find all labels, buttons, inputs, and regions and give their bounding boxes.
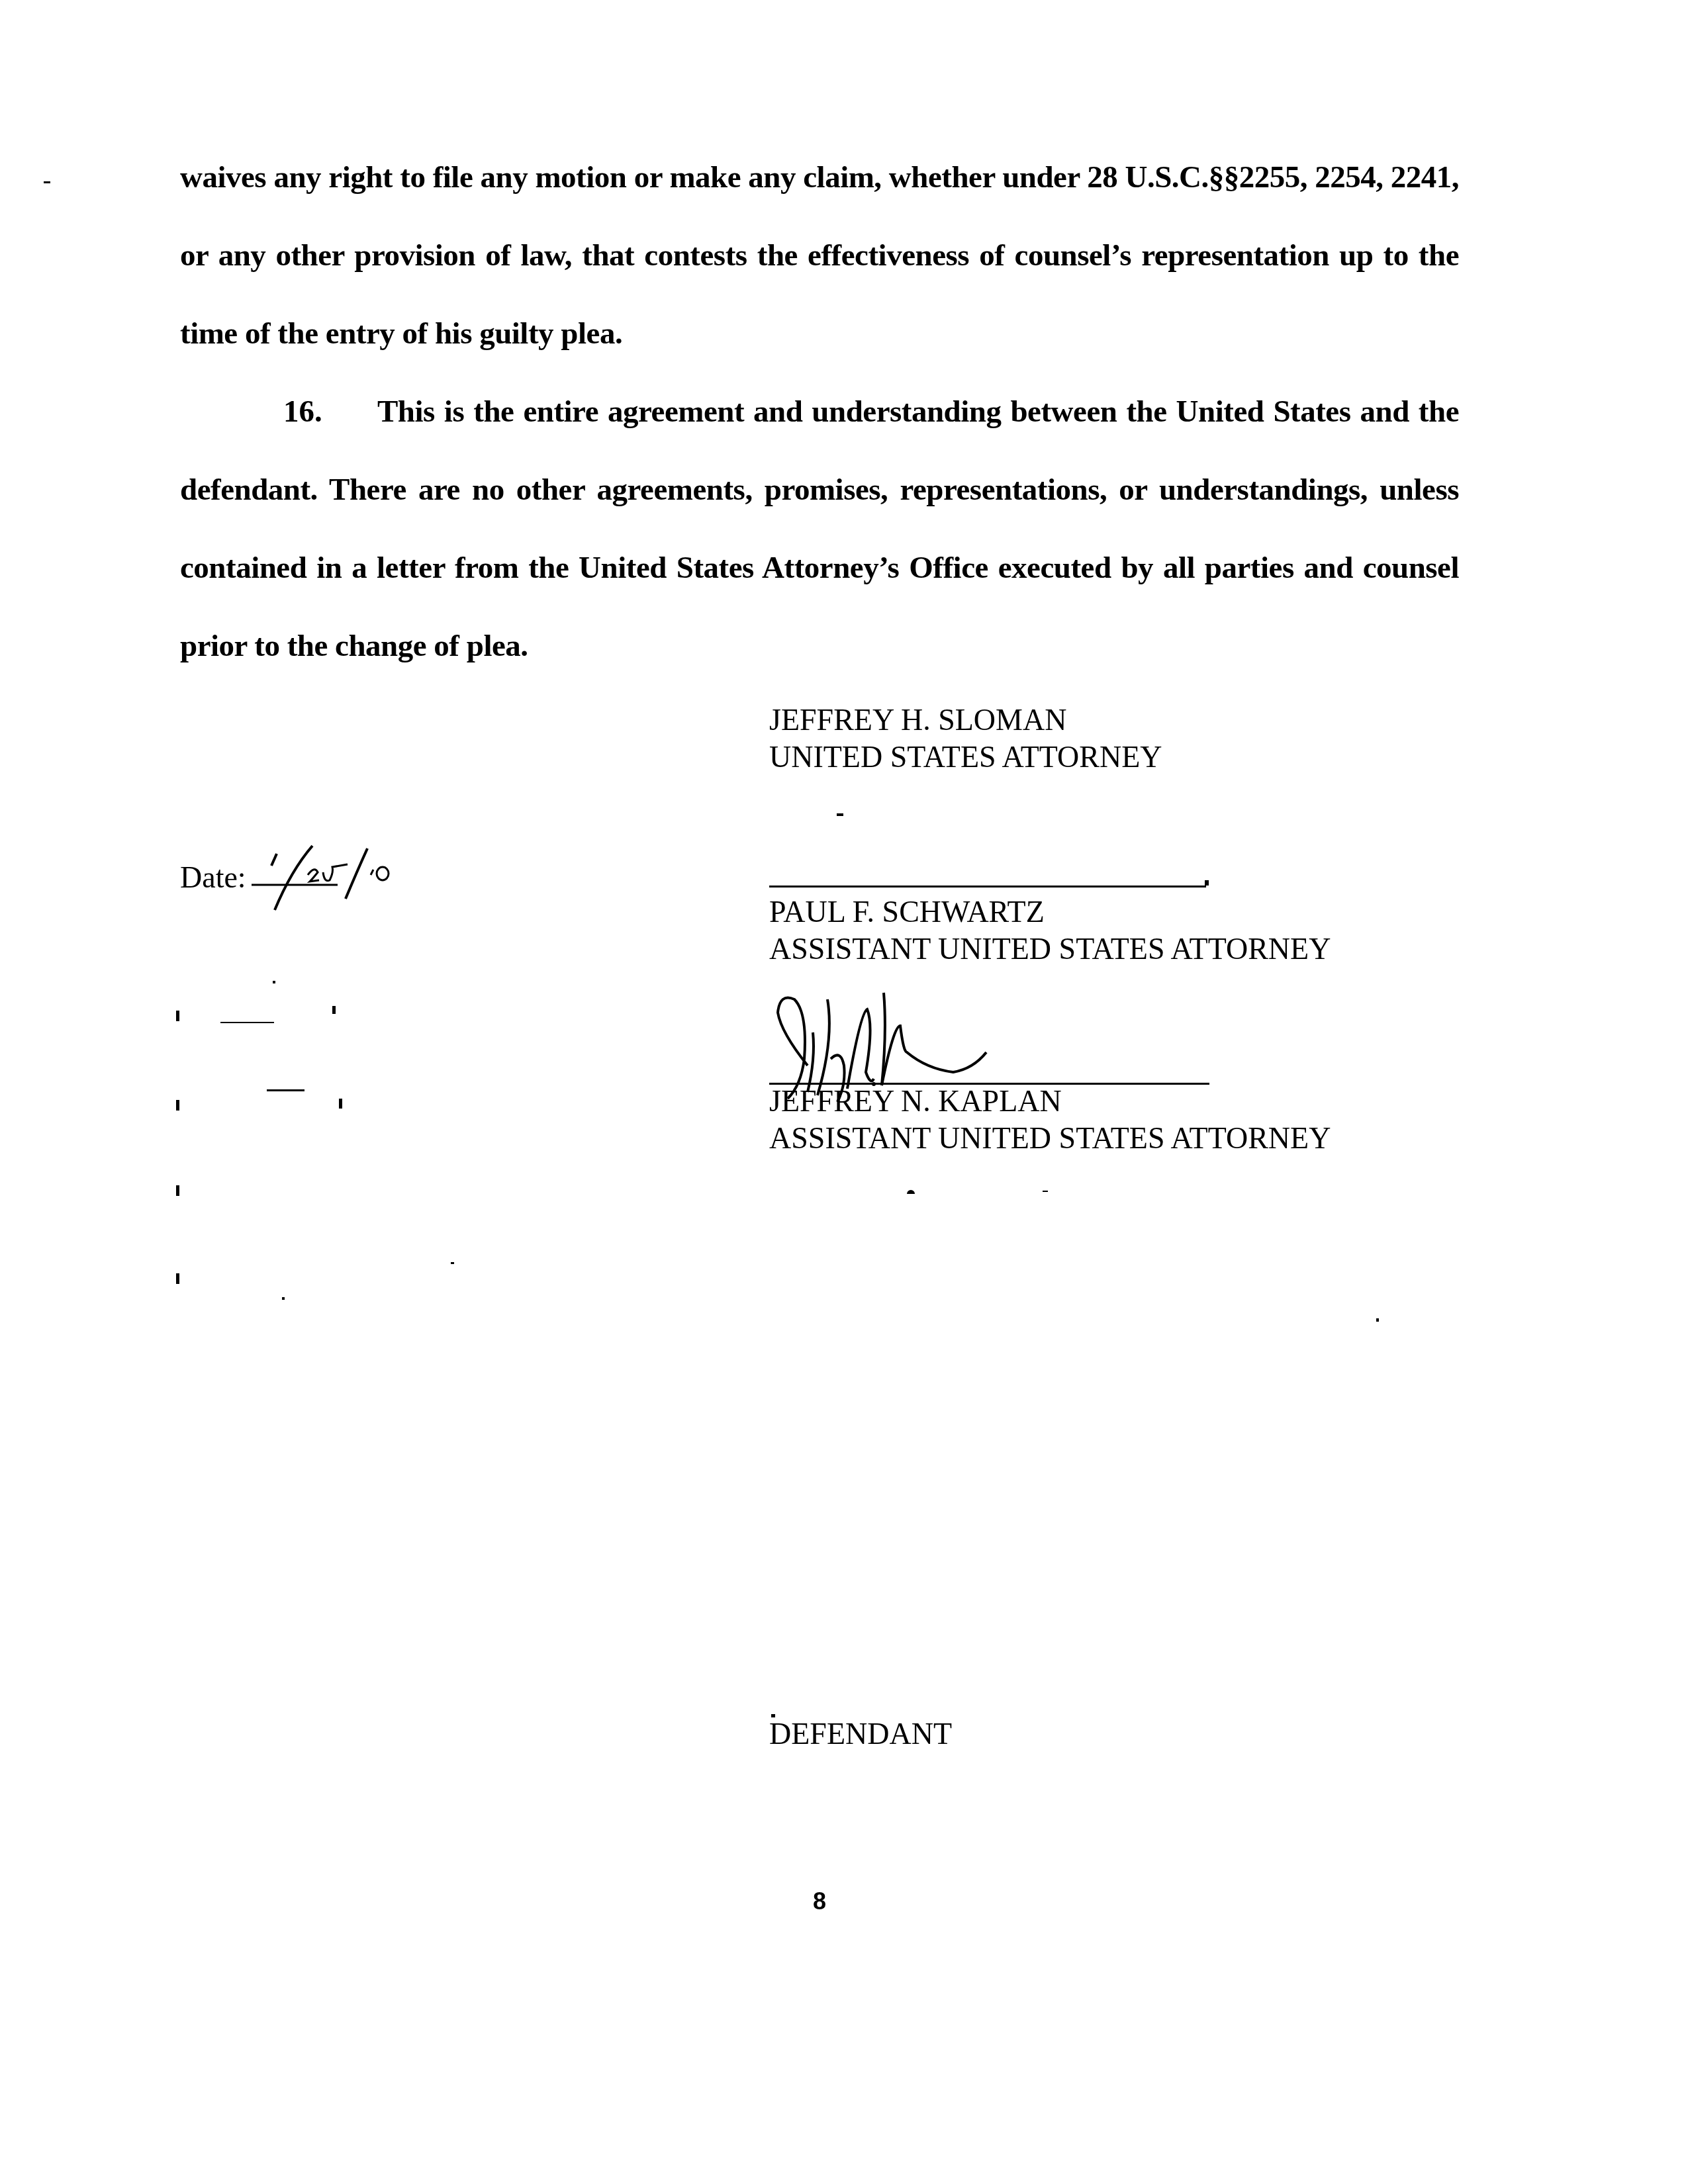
redaction-bracket xyxy=(176,1273,179,1284)
scan-mark xyxy=(1376,1318,1379,1322)
body-line: time of the entry of his guilty plea. xyxy=(180,315,1459,352)
body-line: prior to the change of plea. xyxy=(180,627,1459,664)
ausa-kaplan-name: JEFFREY N. KAPLAN xyxy=(769,1083,1062,1120)
body-line: This is the entire agreement and underst… xyxy=(377,393,1459,430)
document-page: waives any right to file any motion or m… xyxy=(0,0,1688,2184)
ausa-kaplan-title: ASSISTANT UNITED STATES ATTORNEY xyxy=(769,1120,1331,1157)
paragraph-number: 16. xyxy=(283,393,322,430)
scan-mark xyxy=(907,1190,915,1194)
redaction-bracket xyxy=(176,1011,179,1021)
scan-mark xyxy=(44,181,50,183)
scan-mark xyxy=(273,981,275,983)
scan-mark xyxy=(339,1099,342,1109)
scan-mark xyxy=(1043,1191,1048,1192)
redaction-line xyxy=(267,1089,305,1091)
us-attorney-title: UNITED STATES ATTORNEY xyxy=(769,739,1162,776)
page-number: 8 xyxy=(813,1888,826,1915)
redaction-line xyxy=(220,1022,274,1023)
scan-mark xyxy=(282,1297,285,1300)
body-line: contained in a letter from the United St… xyxy=(180,549,1459,586)
redaction-bracket xyxy=(176,1100,179,1111)
scan-mark xyxy=(332,1006,336,1014)
handwritten-date: 1/25/10 xyxy=(252,841,424,920)
scan-mark xyxy=(451,1262,454,1264)
us-attorney-name: JEFFREY H. SLOMAN xyxy=(769,702,1066,739)
signature-line xyxy=(769,886,1206,887)
scan-mark xyxy=(1205,880,1209,886)
ausa-schwartz-name: PAUL F. SCHWARTZ xyxy=(769,893,1045,931)
body-line: or any other provision of law, that cont… xyxy=(180,237,1459,274)
ausa-schwartz-title: ASSISTANT UNITED STATES ATTORNEY xyxy=(769,931,1331,968)
redaction-bracket xyxy=(176,1185,179,1196)
body-line: defendant. There are no other agreements… xyxy=(180,471,1459,508)
date-label: Date: xyxy=(180,859,246,896)
body-line: waives any right to file any motion or m… xyxy=(180,159,1459,196)
defendant-label: DEFENDANT xyxy=(769,1715,952,1752)
scan-mark xyxy=(837,813,843,816)
